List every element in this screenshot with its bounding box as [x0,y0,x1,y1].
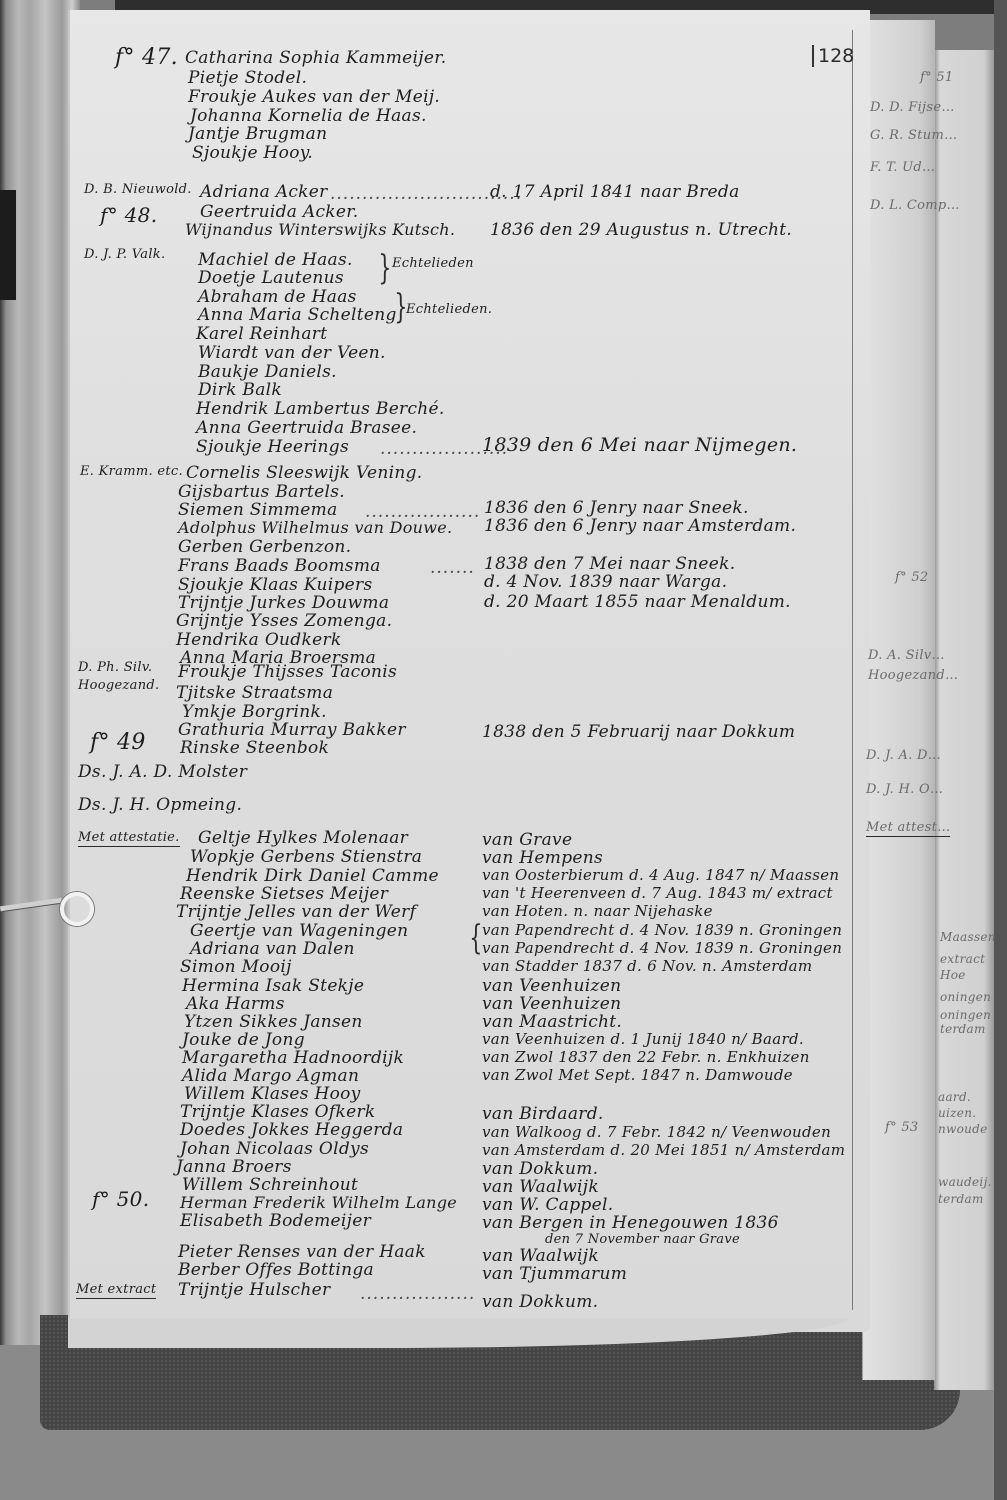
margin-note: E. Kramm. etc. [80,464,183,479]
right-line: D. A. Silv… [868,648,945,663]
register-entry-name: Anna Maria Schelteng [198,305,397,325]
register-entry-name: Trijntje Jelles van der Werf [176,902,416,922]
margin-folio: f° 49 [90,730,146,755]
register-entry-name: Hendrik Dirk Daniel Camme [186,866,439,886]
adjacent-page-strip [862,20,935,1380]
edge-fragment: Maassen [940,930,996,944]
page-number: 128 [812,45,854,67]
register-entry-note: van Bergen in Henegouwen 1836 [482,1213,779,1233]
right-folio-bottom: f° 53 [885,1120,919,1135]
register-entry-name: Hendrika Oudkerk [176,630,341,650]
register-entry-name: Johan Nicolaas Oldys [180,1139,369,1159]
right-folio-top: f° 51 [920,70,954,85]
register-entry-note: van Zwol Met Sept. 1847 n. Damwoude [482,1066,793,1084]
register-entry-name: Geertje van Wageningen [190,921,408,941]
register-entry-note: van Papendrecht d. 4 Nov. 1839 n. Gronin… [482,939,842,957]
register-entry-name: Froukje Aukes van der Meij. [188,87,440,107]
register-entry-name: Jouke de Jong [182,1030,305,1050]
register-entry-name: Hermina Isak Stekje [182,976,364,996]
minister-line: Ds. J. H. Opmeing. [78,795,242,815]
register-entry-note: van Stadder 1837 d. 6 Nov. n. Amsterdam [482,957,812,975]
brace-label: Echtelieden [392,256,474,271]
brace: } [378,248,391,288]
register-entry-name: Grijntje Ysses Zomenga. [176,611,392,631]
register-entry-name: Frans Baads Boomsma [178,556,381,576]
register-entry-note: van 't Heerenveen d. 7 Aug. 1843 m/ extr… [482,884,833,902]
register-entry-note: van Tjummarum [482,1264,627,1284]
register-entry-name: Adolphus Wilhelmus van Douwe. [178,518,452,537]
right-line: G. R. Stum… [870,128,957,143]
metal-ring-clip [60,892,94,926]
register-entry-name: Berber Offes Bottinga [178,1260,374,1280]
register-entry-name: Trijntje Hulscher [178,1280,330,1300]
register-entry-name: Siemen Simmema [178,500,338,520]
underlying-page [934,50,994,1390]
register-entry-name: Jantje Brugman [188,124,327,144]
register-entry-name: Rinske Steenbok [180,738,329,758]
margin-note: Hoogezand. [78,678,159,693]
margin-note: D. Ph. Silv. [78,660,152,675]
register-entry-name: Pieter Renses van der Haak [178,1242,426,1262]
register-entry-note: 1838 den 7 Mei naar Sneek. [484,554,735,574]
leader-dots: .................. [360,1284,475,1304]
register-entry-note: d. 17 April 1841 naar Breda [490,182,740,202]
right-line: Hoogezand… [868,668,958,683]
register-entry-name: Baukje Daniels. [198,362,337,382]
edge-fragment: oningen [940,990,991,1004]
register-entry-name: Cornelis Sleeswijk Vening. [186,463,422,483]
register-entry-extra-note: den 7 November naar Grave [545,1232,740,1247]
register-entry-name: Reenske Sietses Meijer [180,884,388,904]
register-entry-name: Hendrik Lambertus Berché. [196,399,445,419]
register-entry-name: Tjitske Straatsma [176,683,333,703]
register-entry-name: Gerben Gerbenzon. [178,537,351,557]
register-entry-note: van W. Cappel. [482,1195,613,1215]
register-entry-note: van Oosterbierum d. 4 Aug. 1847 n/ Maass… [482,866,839,884]
register-entry-name: Grathuria Murray Bakker [178,720,406,740]
register-entry-name: Froukje Thijsses Taconis [178,662,397,682]
register-entry-name: Pietje Stodel. [188,68,307,88]
register-entry-note: van Hempens [482,848,603,868]
binding-shadow [0,190,16,300]
register-entry-note: d. 4 Nov. 1839 naar Warga. [484,572,727,592]
register-entry-name: Doetje Lautenus [198,268,344,288]
register-entry-note: 1836 den 6 Jenry naar Sneek. [484,498,749,518]
register-entry-note: van Amsterdam d. 20 Mei 1851 n/ Amsterda… [482,1141,845,1159]
register-entry-note: 1836 den 29 Augustus n. Utrecht. [490,220,792,240]
register-entry-note: van Birdaard. [482,1104,604,1124]
register-entry-note: van Veenhuizen d. 1 Junij 1840 n/ Baard. [482,1030,804,1048]
register-entry-name: Elisabeth Bodemeijer [180,1211,371,1231]
register-entry-name: Sjoukje Klaas Kuipers [178,575,372,595]
register-entry-note: 1838 den 5 Februarij naar Dokkum [482,722,795,742]
register-entry-note: van Zwol 1837 den 22 Febr. n. Enkhuizen [482,1048,810,1066]
register-entry-note: van Grave [482,830,572,850]
margin-folio: f° 48. [100,203,157,227]
brace-label: Echtelieden. [406,302,492,317]
leader-dots: ....... [430,558,475,578]
register-entry-name: Trijntje Klases Ofkerk [180,1102,376,1122]
register-entry-name: Catharina Sophia Kammeijer. [185,48,446,68]
margin-heading: Met extract [76,1282,156,1299]
register-entry-name: Sjoukje Hooy. [192,143,313,163]
edge-fragment: aard. [938,1090,971,1104]
right-line: D. J. H. O… [866,782,943,797]
register-entry-name: Machiel de Haas. [198,250,353,270]
page-edge [994,0,1007,1500]
register-entry-note: d. 20 Maart 1855 naar Menaldum. [484,592,791,612]
register-entry-name: Anna Geertruida Brasee. [196,418,417,438]
right-folio-mid: f° 52 [895,570,929,585]
right-line: F. T. Ud… [870,160,935,175]
register-entry-note: van Veenhuizen [482,976,621,996]
register-entry-name: Trijntje Jurkes Douwma [178,593,389,613]
register-entry-note: van Waalwijk [482,1177,599,1197]
register-entry-name: Geertruida Acker. [200,202,359,222]
register-entry-name: Wiardt van der Veen. [198,343,386,363]
register-entry-name: Dirk Balk [198,380,282,400]
register-entry-note: van Walkoog d. 7 Febr. 1842 n/ Veenwoude… [482,1123,831,1141]
register-entry-name: Ymkje Borgrink. [182,702,327,722]
edge-fragment: oningen [940,1008,991,1022]
register-entry-name: Karel Reinhart [196,324,327,344]
edge-fragment: nwoude [938,1122,988,1136]
register-entry-name: Alida Margo Agman [182,1066,359,1086]
register-entry-name: Geltje Hylkes Molenaar [198,828,408,848]
edge-fragment: uizen. [938,1106,976,1120]
register-entry-note: 1836 den 6 Jenry naar Amsterdam. [484,516,796,536]
register-entry-name: Sjoukje Heerings [196,437,349,457]
minister-line: Ds. J. A. D. Molster [78,762,247,782]
register-entry-note: van Waalwijk [482,1246,599,1266]
right-line: Met attest… [866,820,950,837]
register-entry-name: Janna Broers [176,1157,292,1177]
register-entry-name: Simon Mooij [180,957,292,977]
register-entry-name: Johanna Kornelia de Haas. [190,106,427,126]
edge-fragment: waudeij. [938,1175,992,1189]
margin-note: D. J. P. Valk. [84,247,165,262]
register-entry-note: van Papendrecht d. 4 Nov. 1839 n. Gronin… [482,921,842,939]
margin-rule [852,30,853,1310]
register-entry-name: Willem Klases Hooy [184,1084,361,1104]
register-entry-note: 1839 den 6 Mei naar Nijmegen. [482,434,797,456]
register-entry-note: van Veenhuizen [482,994,621,1014]
edge-fragment: terdam [938,1192,984,1206]
right-line: D. J. A. D… [866,748,941,763]
register-entry-note: van Dokkum. [482,1159,598,1179]
margin-folio: f° 47. [115,45,178,70]
brace: { [469,918,482,958]
register-entry-name: Adriana van Dalen [190,939,355,959]
register-entry-name: Margaretha Hadnoordijk [182,1048,404,1068]
register-entry-note: van Hoten. n. naar Nijehaske [482,902,713,920]
register-entry-name: Abraham de Haas [198,287,357,307]
margin-heading: Met attestatie. [78,830,180,847]
edge-fragment: Hoe [940,968,966,982]
register-entry-name: Ytzen Sikkes Jansen [184,1012,363,1032]
edge-fragment: terdam [940,1022,986,1036]
register-entry-name: Doedes Jokkes Heggerda [180,1120,403,1140]
register-entry-note: van Maastricht. [482,1012,622,1032]
margin-folio: f° 50. [92,1187,149,1211]
register-entry-name: Aka Harms [186,994,285,1014]
register-entry-name: Wijnandus Winterswijks Kutsch. [185,220,455,239]
right-line: D. D. Fijse… [870,100,955,115]
register-entry-name: Herman Frederik Wilhelm Lange [180,1193,457,1212]
register-entry-name: Wopkje Gerbens Stienstra [190,847,422,867]
register-entry-name: Willem Schreinhout [182,1175,358,1195]
edge-fragment: extract [940,952,985,966]
right-line: D. L. Comp… [870,198,960,213]
margin-note: D. B. Nieuwold. [84,182,192,197]
register-entry-note: van Dokkum. [482,1292,598,1312]
register-entry-name: Gijsbartus Bartels. [178,482,345,502]
register-entry-name: Adriana Acker [200,182,328,202]
